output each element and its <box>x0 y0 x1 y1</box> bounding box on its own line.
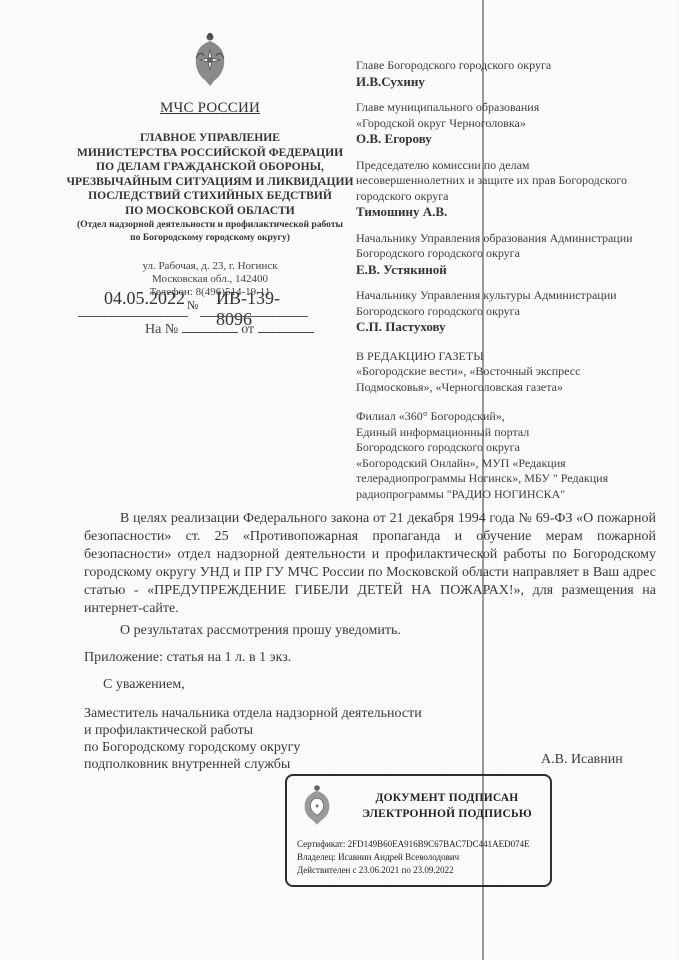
validity-row: Действителен с 23.06.2021 по 23.09.2022 <box>297 864 530 877</box>
ministry-line: МИНИСТЕРСТВА РОССИЙСКОЙ ФЕДЕРАЦИИ <box>62 146 358 161</box>
address-line: Московская обл., 142400 <box>62 273 358 286</box>
ministry-line: ГЛАВНОЕ УПРАВЛЕНИЕ <box>62 131 358 146</box>
recipient-name: С.П. Пастухову <box>356 319 666 335</box>
recipient: Начальнику Управления культуры Администр… <box>356 288 666 335</box>
signer-position-line: по Богородскому городскому округу <box>84 739 422 756</box>
registration-date: 04.05.2022 <box>104 288 185 309</box>
ministry-name: ГЛАВНОЕ УПРАВЛЕНИЕ МИНИСТЕРСТВА РОССИЙСК… <box>62 131 358 218</box>
department-name: (Отдел надзорной деятельности и профилак… <box>62 219 358 244</box>
recipient: Председателю комиссии по делам несоверше… <box>356 158 666 220</box>
ministry-line: ЧРЕЗВЫЧАЙНЫМ СИТУАЦИЯМ И ЛИКВИДАЦИИ <box>62 175 358 190</box>
closing-regards: С уважением, <box>103 677 185 693</box>
recipient-title: Филиал «360° Богородский», <box>356 409 666 425</box>
body-paragraph: В целях реализации Федерального закона о… <box>84 510 656 618</box>
recipient-title: Председателю комиссии по делам <box>356 158 666 174</box>
valid-from-label: с <box>353 865 357 875</box>
reference-number-label: На № <box>145 322 178 337</box>
signer-position-line: Заместитель начальника отдела надзорной … <box>84 705 422 722</box>
recipient-title: «Богородский Онлайн», МУП «Редакция <box>356 456 666 472</box>
signer-position-line: подполковник внутренней службы <box>84 756 422 773</box>
recipients-block: Главе Богородского городского округа И.В… <box>356 58 666 513</box>
recipient: Начальнику Управления образования Админи… <box>356 231 666 278</box>
reference-line: На № от <box>145 322 314 338</box>
certificate-row: Сертификат: 2FD149B60EA916B9C67BAC7DC441… <box>297 838 530 851</box>
signer-position-line: и профилактической работы <box>84 722 422 739</box>
date-underline <box>78 316 188 317</box>
address-line: ул. Рабочая, д. 23, г. Ногинск <box>62 260 358 273</box>
owner-label: Владелец: <box>297 852 336 862</box>
recipient-name: Тимошину А.В. <box>356 204 666 220</box>
stamp-title: ДОКУМЕНТ ПОДПИСАН ЭЛЕКТРОННОЙ ПОДПИСЬЮ <box>347 790 547 822</box>
recipient-title: Богородского городского округа <box>356 246 666 262</box>
ministry-line: ПОСЛЕДСТВИЙ СТИХИЙНЫХ БЕДСТВИЙ <box>62 189 358 204</box>
recipient: Главе муниципального образования «Городс… <box>356 100 666 147</box>
reference-date-blank <box>258 332 314 333</box>
recipient-title: Начальнику Управления культуры Администр… <box>356 288 666 304</box>
valid-from-date: 23.06.2021 <box>359 865 400 875</box>
org-short-name: МЧС РОССИИ <box>62 100 358 117</box>
ministry-line: ПО ДЕЛАМ ГРАЖДАНСКОЙ ОБОРОНЫ, <box>62 160 358 175</box>
stamp-title-line: ДОКУМЕНТ ПОДПИСАН <box>347 790 547 806</box>
recipient-title: «Городской округ Черноголовка» <box>356 116 666 132</box>
recipient-title: Богородского городского округа <box>356 304 666 320</box>
recipient-title: городского округа <box>356 189 666 205</box>
recipient-title: Главе Богородского городского округа <box>356 58 666 74</box>
recipient: Главе Богородского городского округа И.В… <box>356 58 666 89</box>
body-paragraph: О результатах рассмотрения прошу уведоми… <box>84 622 656 640</box>
stamp-details: Сертификат: 2FD149B60EA916B9C67BAC7DC441… <box>297 838 530 877</box>
recipient-title: телерадиопрограммы Ногинск», МБУ " Редак… <box>356 471 666 487</box>
recipient-title: Начальнику Управления образования Админи… <box>356 231 666 247</box>
recipient-media: Филиал «360° Богородский», Единый информ… <box>356 409 666 502</box>
valid-to-date: 23.09.2022 <box>413 865 454 875</box>
recipient-title: радиопрограммы "РАДИО НОГИНСКА" <box>356 487 666 503</box>
recipient-name: Е.В. Устякиной <box>356 262 666 278</box>
mchs-emblem-icon <box>301 784 333 826</box>
recipient-title: Единый информационный портал <box>356 425 666 441</box>
ministry-line: ПО МОСКОВСКОЙ ОБЛАСТИ <box>62 204 358 219</box>
recipient-name: И.В.Сухину <box>356 74 666 90</box>
reference-from-label: от <box>241 322 254 337</box>
stamp-title-line: ЭЛЕКТРОННОЙ ПОДПИСЬЮ <box>347 806 547 822</box>
signer-position: Заместитель начальника отдела надзорной … <box>84 705 422 773</box>
letterhead: МЧС РОССИИ ГЛАВНОЕ УПРАВЛЕНИЕ МИНИСТЕРСТ… <box>62 100 358 299</box>
recipient-title: Богородского городского округа <box>356 440 666 456</box>
signer-name: А.В. Исавнин <box>541 752 623 768</box>
recipient-title: «Богородские вести», «Восточный экспресс <box>356 364 666 380</box>
recipient-title: Главе муниципального образования <box>356 100 666 116</box>
department-line: (Отдел надзорной деятельности и профилак… <box>62 219 358 232</box>
validity-label: Действителен <box>297 865 350 875</box>
certificate-value: 2FD149B60EA916B9C67BAC7DC441AED074E <box>348 839 530 849</box>
owner-row: Владелец: Исавнин Андрей Всеволодович <box>297 851 530 864</box>
mchs-emblem-icon <box>193 32 227 88</box>
recipient-title: Подмосковья», «Черноголовская газета» <box>356 380 666 396</box>
recipient-title: несовершеннолетних и защите их прав Бого… <box>356 173 666 189</box>
reference-number-blank <box>182 332 238 333</box>
owner-value: Исавнин Андрей Всеволодович <box>338 852 459 862</box>
certificate-label: Сертификат: <box>297 839 345 849</box>
valid-to-label: по <box>402 865 411 875</box>
attachment-note: Приложение: статья на 1 л. в 1 экз. <box>84 650 291 666</box>
electronic-signature-stamp: ДОКУМЕНТ ПОДПИСАН ЭЛЕКТРОННОЙ ПОДПИСЬЮ С… <box>285 774 552 887</box>
department-line: по Богородскому городскому округу) <box>62 232 358 245</box>
letter-body: В целях реализации Федерального закона о… <box>84 510 656 640</box>
recipient-newspapers: В РЕДАКЦИЮ ГАЗЕТЫ «Богородские вести», «… <box>356 349 666 396</box>
number-underline <box>200 316 308 317</box>
registration-line: 04.05.2022 № ИВ-139-8096 <box>78 288 310 318</box>
recipient-title: В РЕДАКЦИЮ ГАЗЕТЫ <box>356 349 666 365</box>
registration-number-label: № <box>187 298 198 313</box>
recipient-name: О.В. Егорову <box>356 131 666 147</box>
